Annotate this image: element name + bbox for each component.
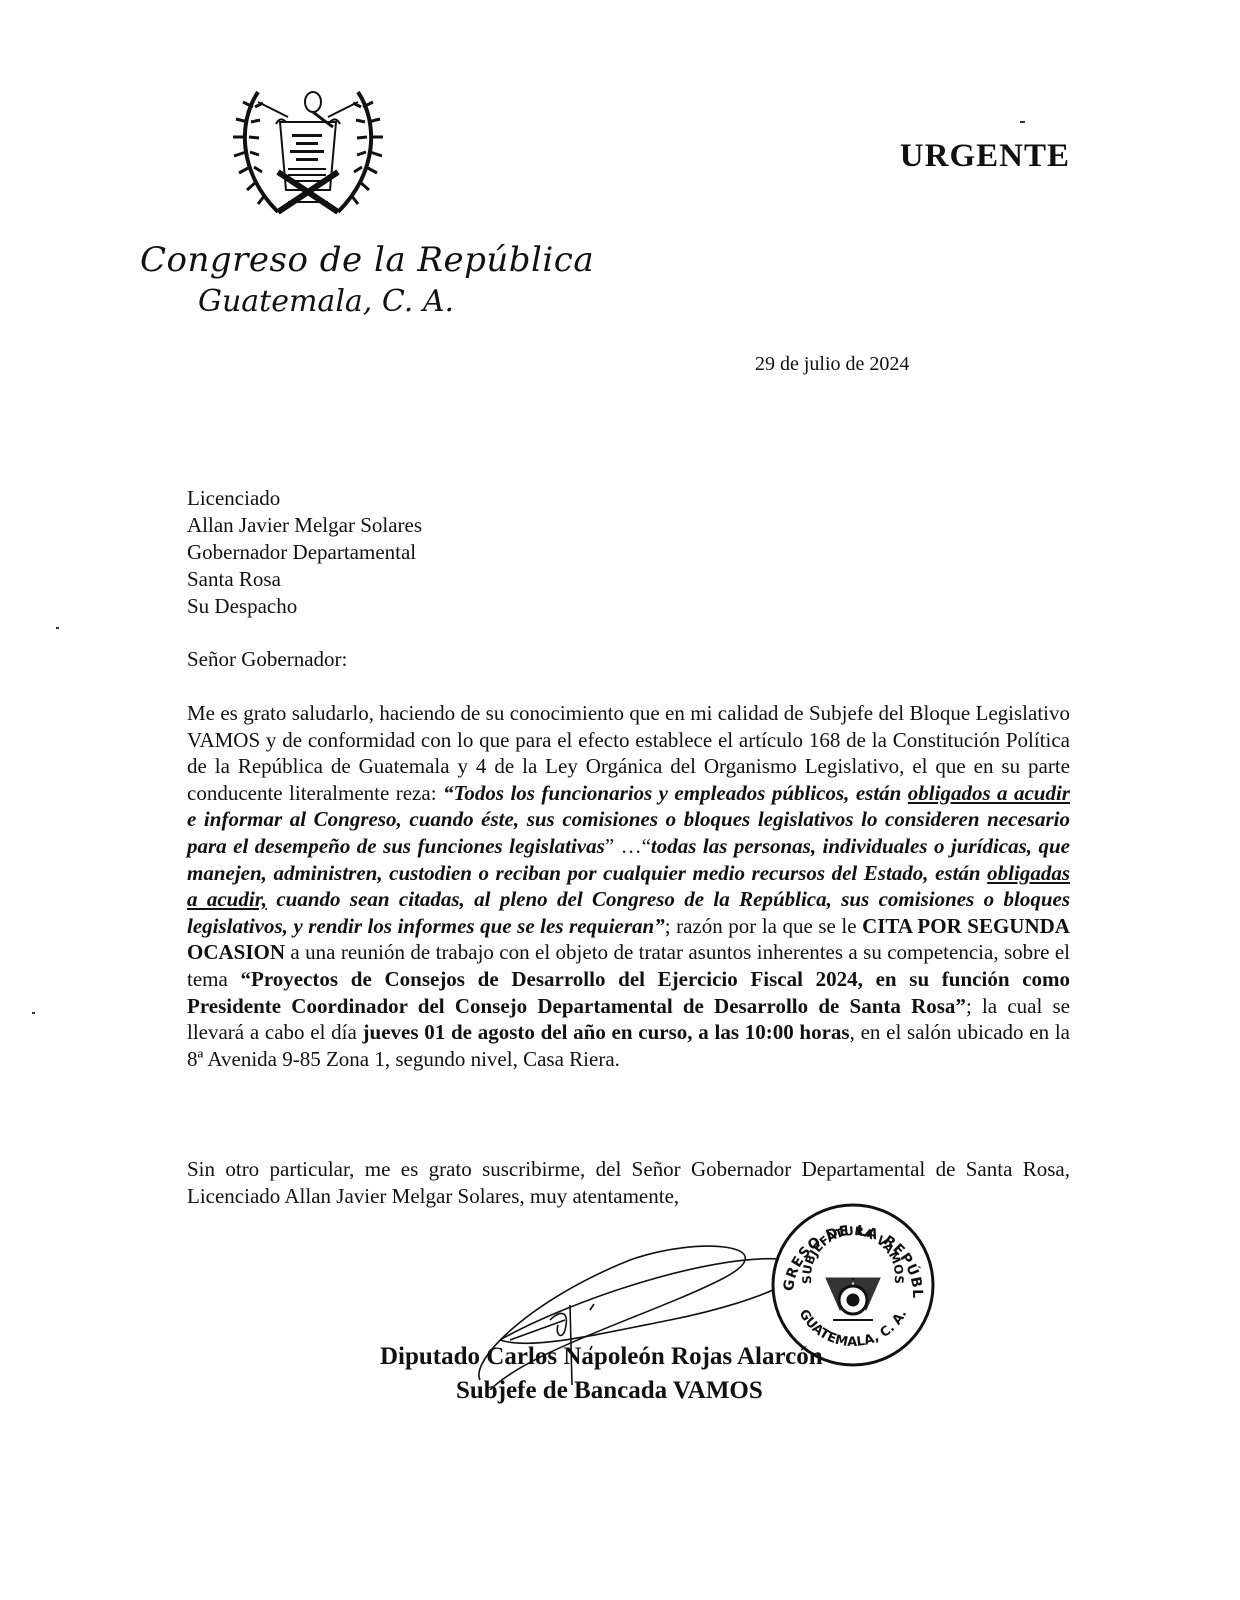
- after-quote-text: ; razón por la que se le: [665, 914, 862, 938]
- addressee-block: Licenciado Allan Javier Melgar Solares G…: [187, 485, 422, 620]
- scan-artifact: [32, 1012, 35, 1014]
- body-paragraph-1: Me es grato saludarlo, haciendo de su co…: [187, 700, 1070, 1072]
- scan-artifact: [1020, 121, 1025, 123]
- addressee-closing: Su Despacho: [187, 593, 422, 620]
- quote-1-text-a: “Todos los funcionarios y empleados públ…: [443, 781, 908, 805]
- addressee-position: Gobernador Departamental: [187, 539, 422, 566]
- letter-date: 29 de julio de 2024: [755, 353, 909, 376]
- signer-name: Diputado Carlos Napoleón Rojas Alarcón: [380, 1343, 823, 1371]
- letterhead-org-name: Congreso de la República: [140, 240, 594, 280]
- addressee-department: Santa Rosa: [187, 566, 422, 593]
- coat-of-arms-icon: [218, 72, 398, 232]
- meeting-datetime: jueves 01 de agosto del año en curso, a …: [363, 1020, 850, 1044]
- letterhead-org-place: Guatemala, C. A.: [198, 284, 454, 319]
- urgency-label: URGENTE: [900, 138, 1070, 175]
- quote-1-underlined: obligados a acudir: [908, 781, 1070, 805]
- meeting-topic: “Proyectos de Consejos de Desarrollo del…: [187, 967, 1070, 1018]
- signer-role: Subjefe de Bancada VAMOS: [456, 1377, 763, 1405]
- scan-artifact: [56, 627, 59, 629]
- salutation: Señor Gobernador:: [187, 647, 347, 672]
- addressee-name: Allan Javier Melgar Solares: [187, 512, 422, 539]
- addressee-title: Licenciado: [187, 485, 422, 512]
- quote-separator: ” …“: [605, 834, 651, 858]
